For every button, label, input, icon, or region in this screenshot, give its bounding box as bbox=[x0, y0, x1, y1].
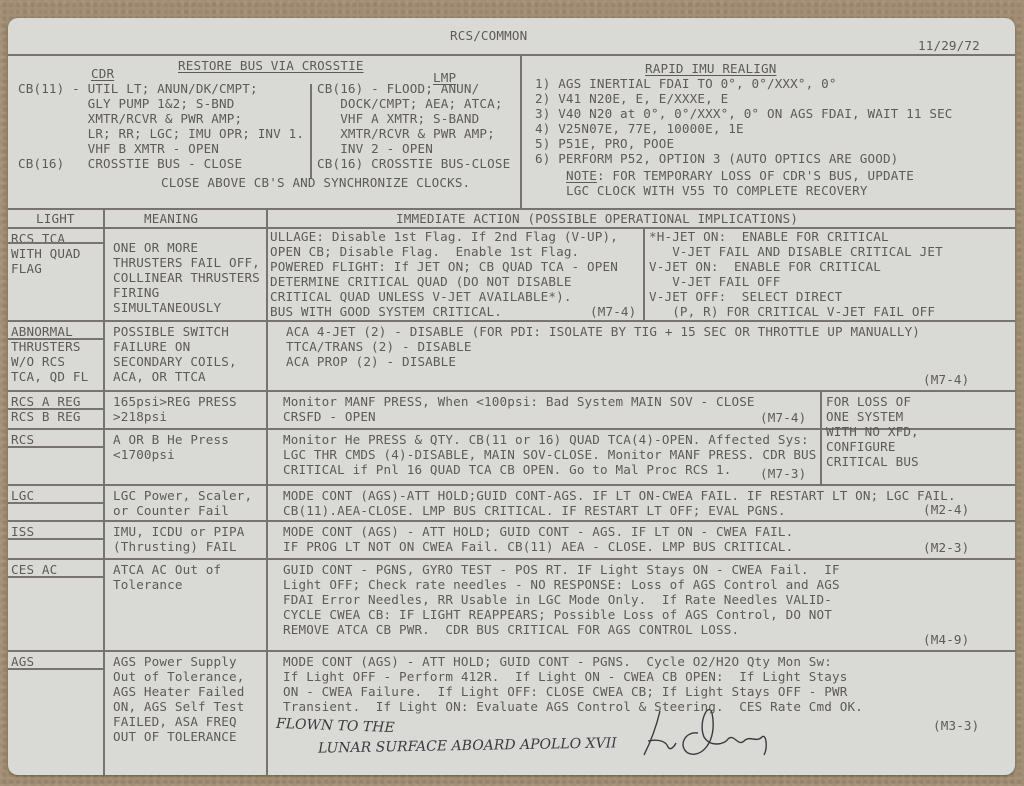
reference-code: (M2-3) bbox=[923, 540, 969, 555]
action-text: Transient. If Light ON: Evaluate AGS Con… bbox=[283, 699, 863, 714]
meaning-text: AGS Power Supply bbox=[113, 654, 237, 669]
xfd-note: CONFIGURE bbox=[826, 439, 896, 454]
divider bbox=[8, 502, 103, 504]
reference-code: (M3-3) bbox=[933, 718, 979, 733]
cdr-line: CB(16) CROSSTIE BUS - CLOSE bbox=[18, 156, 242, 171]
lmp-line: XMTR/RCVR & PWR AMP; bbox=[317, 126, 495, 141]
cdr-line: CB(11) - UTIL LT; ANUN/DK/CMPT; bbox=[18, 81, 258, 96]
meaning-text: THRUSTERS FAIL OFF, bbox=[113, 255, 260, 270]
divider bbox=[820, 390, 822, 484]
meaning-text: Out of Tolerance, bbox=[113, 669, 244, 684]
divider bbox=[8, 320, 1015, 322]
action-text: CRITICAL QUAD UNLESS V-JET AVAILABLE*). bbox=[270, 289, 572, 304]
meaning-text: IMU, ICDU or PIPA bbox=[113, 524, 244, 539]
cdr-line: LR; RR; LGC; IMU OPR; INV 1. bbox=[18, 126, 304, 141]
divider bbox=[8, 538, 103, 540]
action-text: LGC THR CMDS (4)-DISABLE, MAIN SOV-CLOSE… bbox=[283, 447, 817, 462]
meaning-text: FAILED, ASA FREQ bbox=[113, 714, 237, 729]
lmp-line: CB(16) CROSSTIE BUS-CLOSE bbox=[317, 156, 510, 171]
meaning-text: SECONDARY COILS, bbox=[113, 354, 237, 369]
imu-step: 4) V25N07E, 77E, 10000E, 1E bbox=[535, 121, 744, 136]
divider bbox=[8, 520, 1015, 522]
divider bbox=[8, 208, 1015, 210]
divider bbox=[103, 208, 105, 775]
divider bbox=[8, 242, 103, 244]
light-name: ISS bbox=[11, 524, 34, 539]
action-text: ON - CWEA Failure. If Light OFF: CLOSE C… bbox=[283, 684, 847, 699]
lmp-line: CB(16) - FLOOD; ANUN/ bbox=[317, 81, 479, 96]
cdr-line: XMTR/RCVR & PWR AMP; bbox=[18, 111, 242, 126]
divider bbox=[520, 54, 522, 208]
action-text: TTCA/TRANS (2) - DISABLE bbox=[286, 339, 472, 354]
action-text: *H-JET ON: ENABLE FOR CRITICAL bbox=[649, 229, 889, 244]
meaning-text: Tolerance bbox=[113, 577, 183, 592]
action-text: ULLAGE: Disable 1st Flag. If 2nd Flag (V… bbox=[270, 229, 618, 244]
imu-step: 6) PERFORM P52, OPTION 3 (AUTO OPTICS AR… bbox=[535, 151, 898, 166]
card-title: RCS/COMMON bbox=[450, 28, 527, 43]
divider bbox=[8, 408, 103, 410]
card-date: 11/29/72 bbox=[918, 38, 980, 53]
divider bbox=[8, 668, 103, 670]
divider bbox=[8, 338, 103, 340]
divider bbox=[266, 208, 268, 775]
light-name: ABNORMAL bbox=[11, 324, 73, 339]
reference-code: (M7-4) bbox=[590, 304, 636, 319]
reference-code: (M7-4) bbox=[760, 410, 806, 425]
restore-bus-title: RESTORE BUS VIA CROSSTIE bbox=[178, 58, 364, 73]
lmp-line: INV 2 - OPEN bbox=[317, 141, 433, 156]
imu-note-line2: LGC CLOCK WITH V55 TO COMPLETE RECOVERY bbox=[566, 183, 868, 198]
xfd-note: WITH NO XFD, bbox=[826, 424, 919, 439]
light-name: WITH QUAD bbox=[11, 246, 81, 261]
divider bbox=[8, 558, 1015, 560]
light-name: FLAG bbox=[11, 261, 42, 276]
action-text: REMOVE ATCA CB PWR. CDR BUS CRITICAL FOR… bbox=[283, 622, 739, 637]
light-name: CES AC bbox=[11, 562, 57, 577]
meaning-text: SIMULTANEOUSLY bbox=[113, 300, 221, 315]
meaning-text: (Thrusting) FAIL bbox=[113, 539, 237, 554]
meaning-text: or Counter Fail bbox=[113, 503, 229, 518]
checklist-card: RCS/COMMON 11/29/72 RESTORE BUS VIA CROS… bbox=[8, 18, 1015, 775]
action-text: FDAI Error Needles, RR Usable in LGC Mod… bbox=[283, 592, 832, 607]
divider bbox=[8, 54, 1015, 56]
imu-step: 5) P51E, PRO, POOE bbox=[535, 136, 674, 151]
meaning-text: ON, AGS Self Test bbox=[113, 699, 244, 714]
action-text: V-JET OFF: SELECT DIRECT bbox=[649, 289, 842, 304]
meaning-text: <1700psi bbox=[113, 447, 175, 462]
meaning-text: 165psi>REG PRESS bbox=[113, 394, 237, 409]
divider bbox=[8, 484, 1015, 486]
action-text: Monitor MANF PRESS, When <100psi: Bad Sy… bbox=[283, 394, 755, 409]
action-text: V-JET FAIL OFF bbox=[649, 274, 780, 289]
action-text: OPEN CB; Disable Flag. Enable 1st Flag. bbox=[270, 244, 579, 259]
inscription-line1: FLOWN TO THE bbox=[276, 716, 395, 736]
imu-realign-title: RAPID IMU REALIGN bbox=[645, 61, 776, 76]
action-text: (P, R) FOR CRITICAL V-JET FAIL OFF bbox=[649, 304, 935, 319]
reference-code: (M4-9) bbox=[923, 632, 969, 647]
action-text: ACA 4-JET (2) - DISABLE (FOR PDI: ISOLAT… bbox=[286, 324, 920, 339]
xfd-note: FOR LOSS OF bbox=[826, 394, 911, 409]
action-text: IF PROG LT NOT ON CWEA Fail. CB(11) AEA … bbox=[283, 539, 793, 554]
header-light: LIGHT bbox=[36, 211, 75, 226]
cdr-line: VHF B XMTR - OPEN bbox=[18, 141, 219, 156]
imu-step: 3) V40 N20 at 0°, 0°/XXX°, 0° ON AGS FDA… bbox=[535, 106, 953, 121]
divider bbox=[8, 446, 103, 448]
action-text: Light OFF; Check rate needles - NO RESPO… bbox=[283, 577, 840, 592]
meaning-text: A OR B He Press bbox=[113, 432, 229, 447]
divider bbox=[310, 84, 312, 179]
cdr-label: CDR bbox=[91, 66, 114, 81]
cdr-line: GLY PUMP 1&2; S-BND bbox=[18, 96, 235, 111]
reference-code: (M2-4) bbox=[923, 502, 969, 517]
action-text: MODE CONT (AGS) - ATT HOLD; GUID CONT - … bbox=[283, 524, 793, 539]
header-action: IMMEDIATE ACTION (POSSIBLE OPERATIONAL I… bbox=[396, 211, 798, 226]
meaning-text: POSSIBLE SWITCH bbox=[113, 324, 229, 339]
header-meaning: MEANING bbox=[144, 211, 198, 226]
light-name: LGC bbox=[11, 488, 34, 503]
xfd-note: ONE SYSTEM bbox=[826, 409, 903, 424]
lmp-line: DOCK/CMPT; AEA; ATCA; bbox=[317, 96, 503, 111]
note-label: NOTE bbox=[566, 168, 597, 183]
action-text: If Light OFF - Perform 412R. If Light ON… bbox=[283, 669, 847, 684]
reference-code: (M7-3) bbox=[760, 466, 806, 481]
meaning-text: COLLINEAR THRUSTERS bbox=[113, 270, 260, 285]
light-name: AGS bbox=[11, 654, 34, 669]
action-text: POWERED FLIGHT: If JET ON; CB QUAD TCA -… bbox=[270, 259, 618, 274]
lmp-line: VHF A XMTR; S-BAND bbox=[317, 111, 479, 126]
xfd-note: CRITICAL BUS bbox=[826, 454, 919, 469]
action-text: Monitor He PRESS & QTY. CB(11 or 16) QUA… bbox=[283, 432, 809, 447]
light-name: THRUSTERS bbox=[11, 339, 81, 354]
meaning-text: FAILURE ON bbox=[113, 339, 190, 354]
action-text: MODE CONT (AGS)-ATT HOLD;GUID CONT-AGS. … bbox=[283, 488, 956, 503]
meaning-text: ATCA AC Out of bbox=[113, 562, 221, 577]
meaning-text: FIRING bbox=[113, 285, 159, 300]
imu-step: 1) AGS INERTIAL FDAI TO 0°, 0°/XXX°, 0° bbox=[535, 76, 837, 91]
meaning-text: LGC Power, Scaler, bbox=[113, 488, 252, 503]
light-name: RCS TCA bbox=[11, 231, 65, 246]
light-name: RCS bbox=[11, 432, 34, 447]
meaning-text: ONE OR MORE bbox=[113, 240, 198, 255]
divider bbox=[8, 390, 1015, 392]
meaning-text: OUT OF TOLERANCE bbox=[113, 729, 237, 744]
meaning-text: ACA, OR TTCA bbox=[113, 369, 206, 384]
divider bbox=[8, 576, 103, 578]
action-text: ACA PROP (2) - DISABLE bbox=[286, 354, 456, 369]
reference-code: (M7-4) bbox=[923, 372, 969, 387]
light-name: W/O RCS bbox=[11, 354, 65, 369]
meaning-text: AGS Heater Failed bbox=[113, 684, 244, 699]
light-name: RCS A REG bbox=[11, 394, 81, 409]
action-text: DETERMINE CRITICAL QUAD (DO NOT DISABLE bbox=[270, 274, 572, 289]
action-text: CB(11).AEA-CLOSE. LMP BUS CRITICAL. IF R… bbox=[283, 503, 786, 518]
imu-note: NOTE: FOR TEMPORARY LOSS OF CDR'S BUS, U… bbox=[566, 168, 914, 183]
action-text: CRITICAL if Pnl 16 QUAD TCA CB OPEN. Go … bbox=[283, 462, 731, 477]
light-name: RCS B REG bbox=[11, 409, 81, 424]
meaning-text: >218psi bbox=[113, 409, 167, 424]
imu-step: 2) V41 N20E, E, E/XXXE, E bbox=[535, 91, 728, 106]
action-text: CYCLE CWEA CB: IF LIGHT REAPPEARS; Possi… bbox=[283, 607, 832, 622]
restore-bus-footer: CLOSE ABOVE CB'S AND SYNCHRONIZE CLOCKS. bbox=[161, 175, 470, 190]
action-text: MODE CONT (AGS) - ATT HOLD; GUID CONT - … bbox=[283, 654, 832, 669]
action-text: GUID CONT - PGNS, GYRO TEST - POS RT. IF… bbox=[283, 562, 840, 577]
action-text: V-JET FAIL AND DISABLE CRITICAL JET bbox=[649, 244, 943, 259]
action-text: BUS WITH GOOD SYSTEM CRITICAL. bbox=[270, 304, 502, 319]
divider bbox=[643, 227, 645, 320]
light-name: TCA, QD FL bbox=[11, 369, 88, 384]
inscription-line2: LUNAR SURFACE ABOARD APOLLO XVII bbox=[318, 735, 617, 756]
action-text: V-JET ON: ENABLE FOR CRITICAL bbox=[649, 259, 881, 274]
divider bbox=[8, 650, 1015, 652]
action-text: CRSFD - OPEN bbox=[283, 409, 376, 424]
